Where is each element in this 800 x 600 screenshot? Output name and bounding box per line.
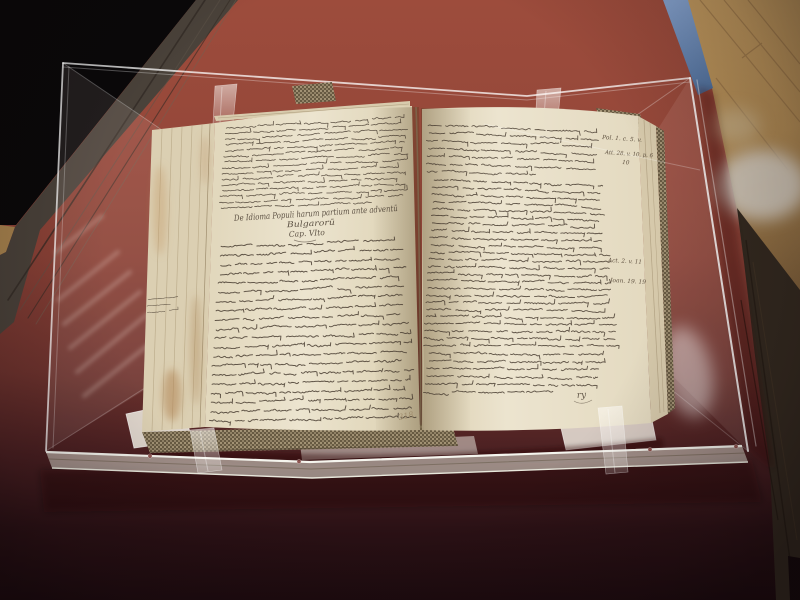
photo-scene: De Idioma Populi harum partium ante adve… (0, 0, 800, 600)
museum-photo: De Idioma Populi harum partium ante adve… (0, 0, 800, 600)
vignette (0, 0, 800, 600)
